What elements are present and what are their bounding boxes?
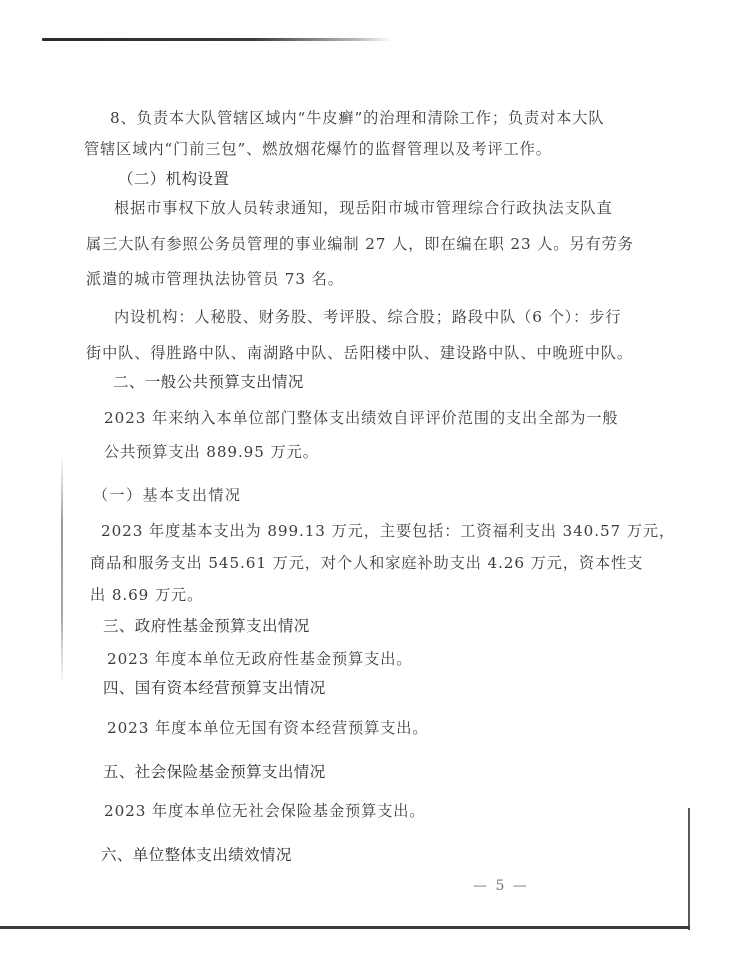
org-p1-line3: 派遣的城市管理执法协管员 73 名。 — [86, 268, 344, 289]
section3-p: 2023 年度本单位无政府性基金预算支出。 — [107, 648, 412, 669]
section2-sub-p-line3: 出 8.69 万元。 — [90, 584, 203, 605]
org-p1-line1: 根据市事权下放人员转隶通知，现岳阳市城市管理综合行政执法支队直 — [114, 197, 613, 218]
scan-right-edge — [688, 808, 690, 930]
section6-heading: 六、单位整体支出绩效情况 — [101, 843, 292, 865]
page-number: — 5 — — [473, 878, 529, 894]
section2-p-line2: 公共预算支出 889.95 万元。 — [104, 441, 319, 462]
scan-top-edge — [42, 38, 392, 41]
section4-heading: 四、国有资本经营预算支出情况 — [103, 676, 326, 698]
org-heading: （二）机构设置 — [118, 167, 229, 189]
org-p1-line2: 属三大队有参照公务员管理的事业编制 27 人，即在编在职 23 人。另有劳务 — [86, 233, 634, 254]
section2-p-line1: 2023 年来纳入本单位部门整体支出绩效自评评价范围的支出全部为一般 — [104, 407, 619, 428]
item8-line2: 管辖区域内“门前三包”、燃放烟花爆竹的监督管理以及考评工作。 — [84, 138, 552, 159]
section3-heading: 三、政府性基金预算支出情况 — [103, 614, 310, 636]
org-p2-line1: 内设机构：人秘股、财务股、考评股、综合股；路段中队（6 个）：步行 — [114, 306, 621, 327]
scan-bottom-edge — [0, 926, 690, 929]
scan-left-shadow — [61, 455, 63, 685]
item8-line1: 8、负责本大队管辖区域内“牛皮癣”的治理和清除工作；负责对本大队 — [110, 107, 604, 128]
org-p2-line2: 街中队、得胜路中队、南湖路中队、岳阳楼中队、建设路中队、中晚班中队。 — [86, 342, 633, 363]
section2-sub-p-line2: 商品和服务支出 545.61 万元，对个人和家庭补助支出 4.26 万元，资本性… — [90, 552, 643, 573]
section2-sub-p-line1: 2023 年度基本支出为 899.13 万元，主要包括：工资福利支出 340.5… — [101, 520, 675, 541]
section4-p: 2023 年度本单位无国有资本经营预算支出。 — [107, 717, 428, 738]
section2-sub-heading: （一）基本支出情况 — [93, 484, 242, 505]
section5-p: 2023 年度本单位无社会保险基金预算支出。 — [104, 800, 425, 821]
section5-heading: 五、社会保险基金预算支出情况 — [103, 760, 326, 782]
section2-heading: 二、一般公共预算支出情况 — [113, 370, 304, 392]
